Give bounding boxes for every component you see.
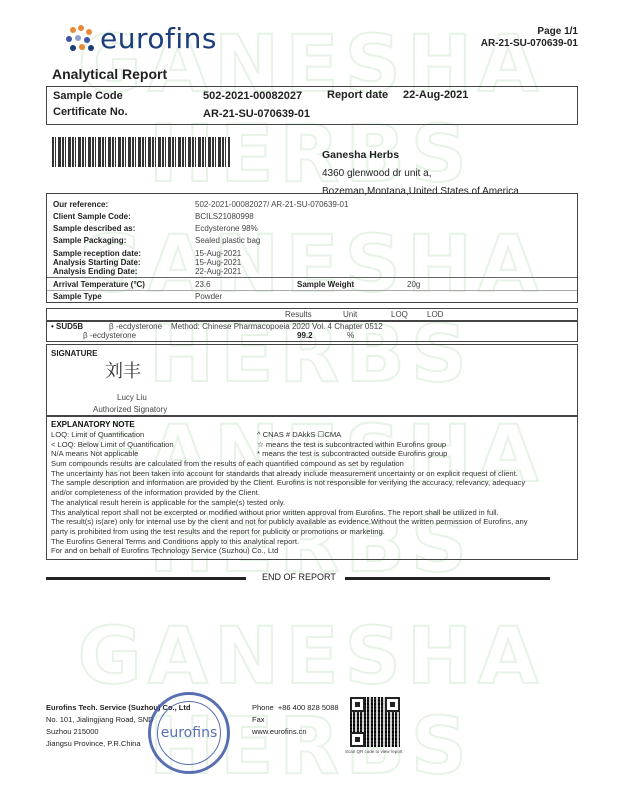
note-legend-left: LOQ: Limit of Quantification < LOQ: Belo… bbox=[51, 430, 174, 459]
sample-code-label: Sample Code bbox=[53, 90, 123, 102]
barcode bbox=[52, 137, 230, 167]
website-link[interactable]: www.eurofins.cn bbox=[252, 726, 339, 738]
end-rule bbox=[345, 577, 550, 580]
result-unit: % bbox=[347, 331, 354, 340]
eurofins-logo: eurofins bbox=[66, 22, 217, 55]
client-address-line: 4360 glenwood dr unit a, bbox=[322, 165, 519, 183]
divider bbox=[47, 290, 577, 291]
page-number: Page 1/1 bbox=[481, 26, 578, 38]
phone-number: +86 400 828 5088 bbox=[278, 703, 339, 712]
footer-contact: Phone +86 400 828 5088 Fax www.eurofins.… bbox=[252, 702, 339, 738]
note-body: Sum compounds results are calculated fro… bbox=[51, 459, 528, 556]
qr-code[interactable] bbox=[350, 697, 400, 747]
col-header-unit: Unit bbox=[343, 310, 357, 319]
signatory-name: Lucy Liu bbox=[117, 393, 147, 402]
col-header-loq: LOQ bbox=[391, 310, 408, 319]
col-header-lod: LOD bbox=[427, 310, 443, 319]
explanatory-note: EXPLANATORY NOTE LOQ: Limit of Quantific… bbox=[46, 416, 578, 560]
certificate-label: Certificate No. bbox=[53, 106, 128, 118]
result-value: 99.2 bbox=[297, 331, 313, 340]
end-of-report: END OF REPORT bbox=[262, 572, 336, 582]
certificate-value: AR-21-SU-070639-01 bbox=[203, 108, 310, 120]
analysis-method: Method: Chinese Pharmacopoeia 2020 Vol. … bbox=[171, 322, 383, 331]
report-date-value: 22-Aug-2021 bbox=[403, 89, 468, 101]
handwritten-signature: 刘丰 bbox=[105, 357, 141, 383]
analysis-code: • SUD5B bbox=[51, 322, 83, 331]
col-header-results: Results bbox=[285, 310, 312, 319]
result-analyte: β -ecdysterone bbox=[83, 331, 136, 340]
signature-heading: SIGNATURE bbox=[51, 349, 98, 358]
signature-box: SIGNATURE 刘丰 Lucy Liu Authorized Signato… bbox=[46, 344, 578, 416]
divider bbox=[47, 277, 577, 278]
sample-code-value: 502-2021-00082027 bbox=[203, 90, 302, 102]
logo-dots-icon bbox=[66, 25, 94, 53]
company-seal-stamp: eurofins bbox=[148, 692, 230, 774]
end-rule bbox=[46, 577, 246, 580]
report-date-label: Report date bbox=[327, 89, 388, 101]
page-info: Page 1/1 AR-21-SU-070639-01 bbox=[481, 26, 578, 50]
signatory-role: Authorized Signatory bbox=[93, 405, 167, 414]
qr-caption: Scan QR code to view report bbox=[345, 749, 403, 754]
report-header-box: Sample Code 502-2021-00082027 Report dat… bbox=[46, 86, 578, 125]
results-table: Results Unit LOQ LOD • SUD5B β -ecdyster… bbox=[46, 308, 578, 342]
client-name: Ganesha Herbs bbox=[322, 149, 399, 161]
sample-info-box: Our reference:502-2021-00082027/ AR-21-S… bbox=[46, 193, 578, 303]
logo-text: eurofins bbox=[100, 22, 217, 55]
report-id: AR-21-SU-070639-01 bbox=[481, 38, 578, 50]
note-legend-right: ^ CNAS # DAkkS ☐CMA ☆ means the test is … bbox=[257, 430, 447, 459]
note-heading: EXPLANATORY NOTE bbox=[51, 420, 135, 430]
page-title: Analytical Report bbox=[52, 66, 167, 82]
analysis-name: β -ecdysterone bbox=[109, 322, 162, 331]
